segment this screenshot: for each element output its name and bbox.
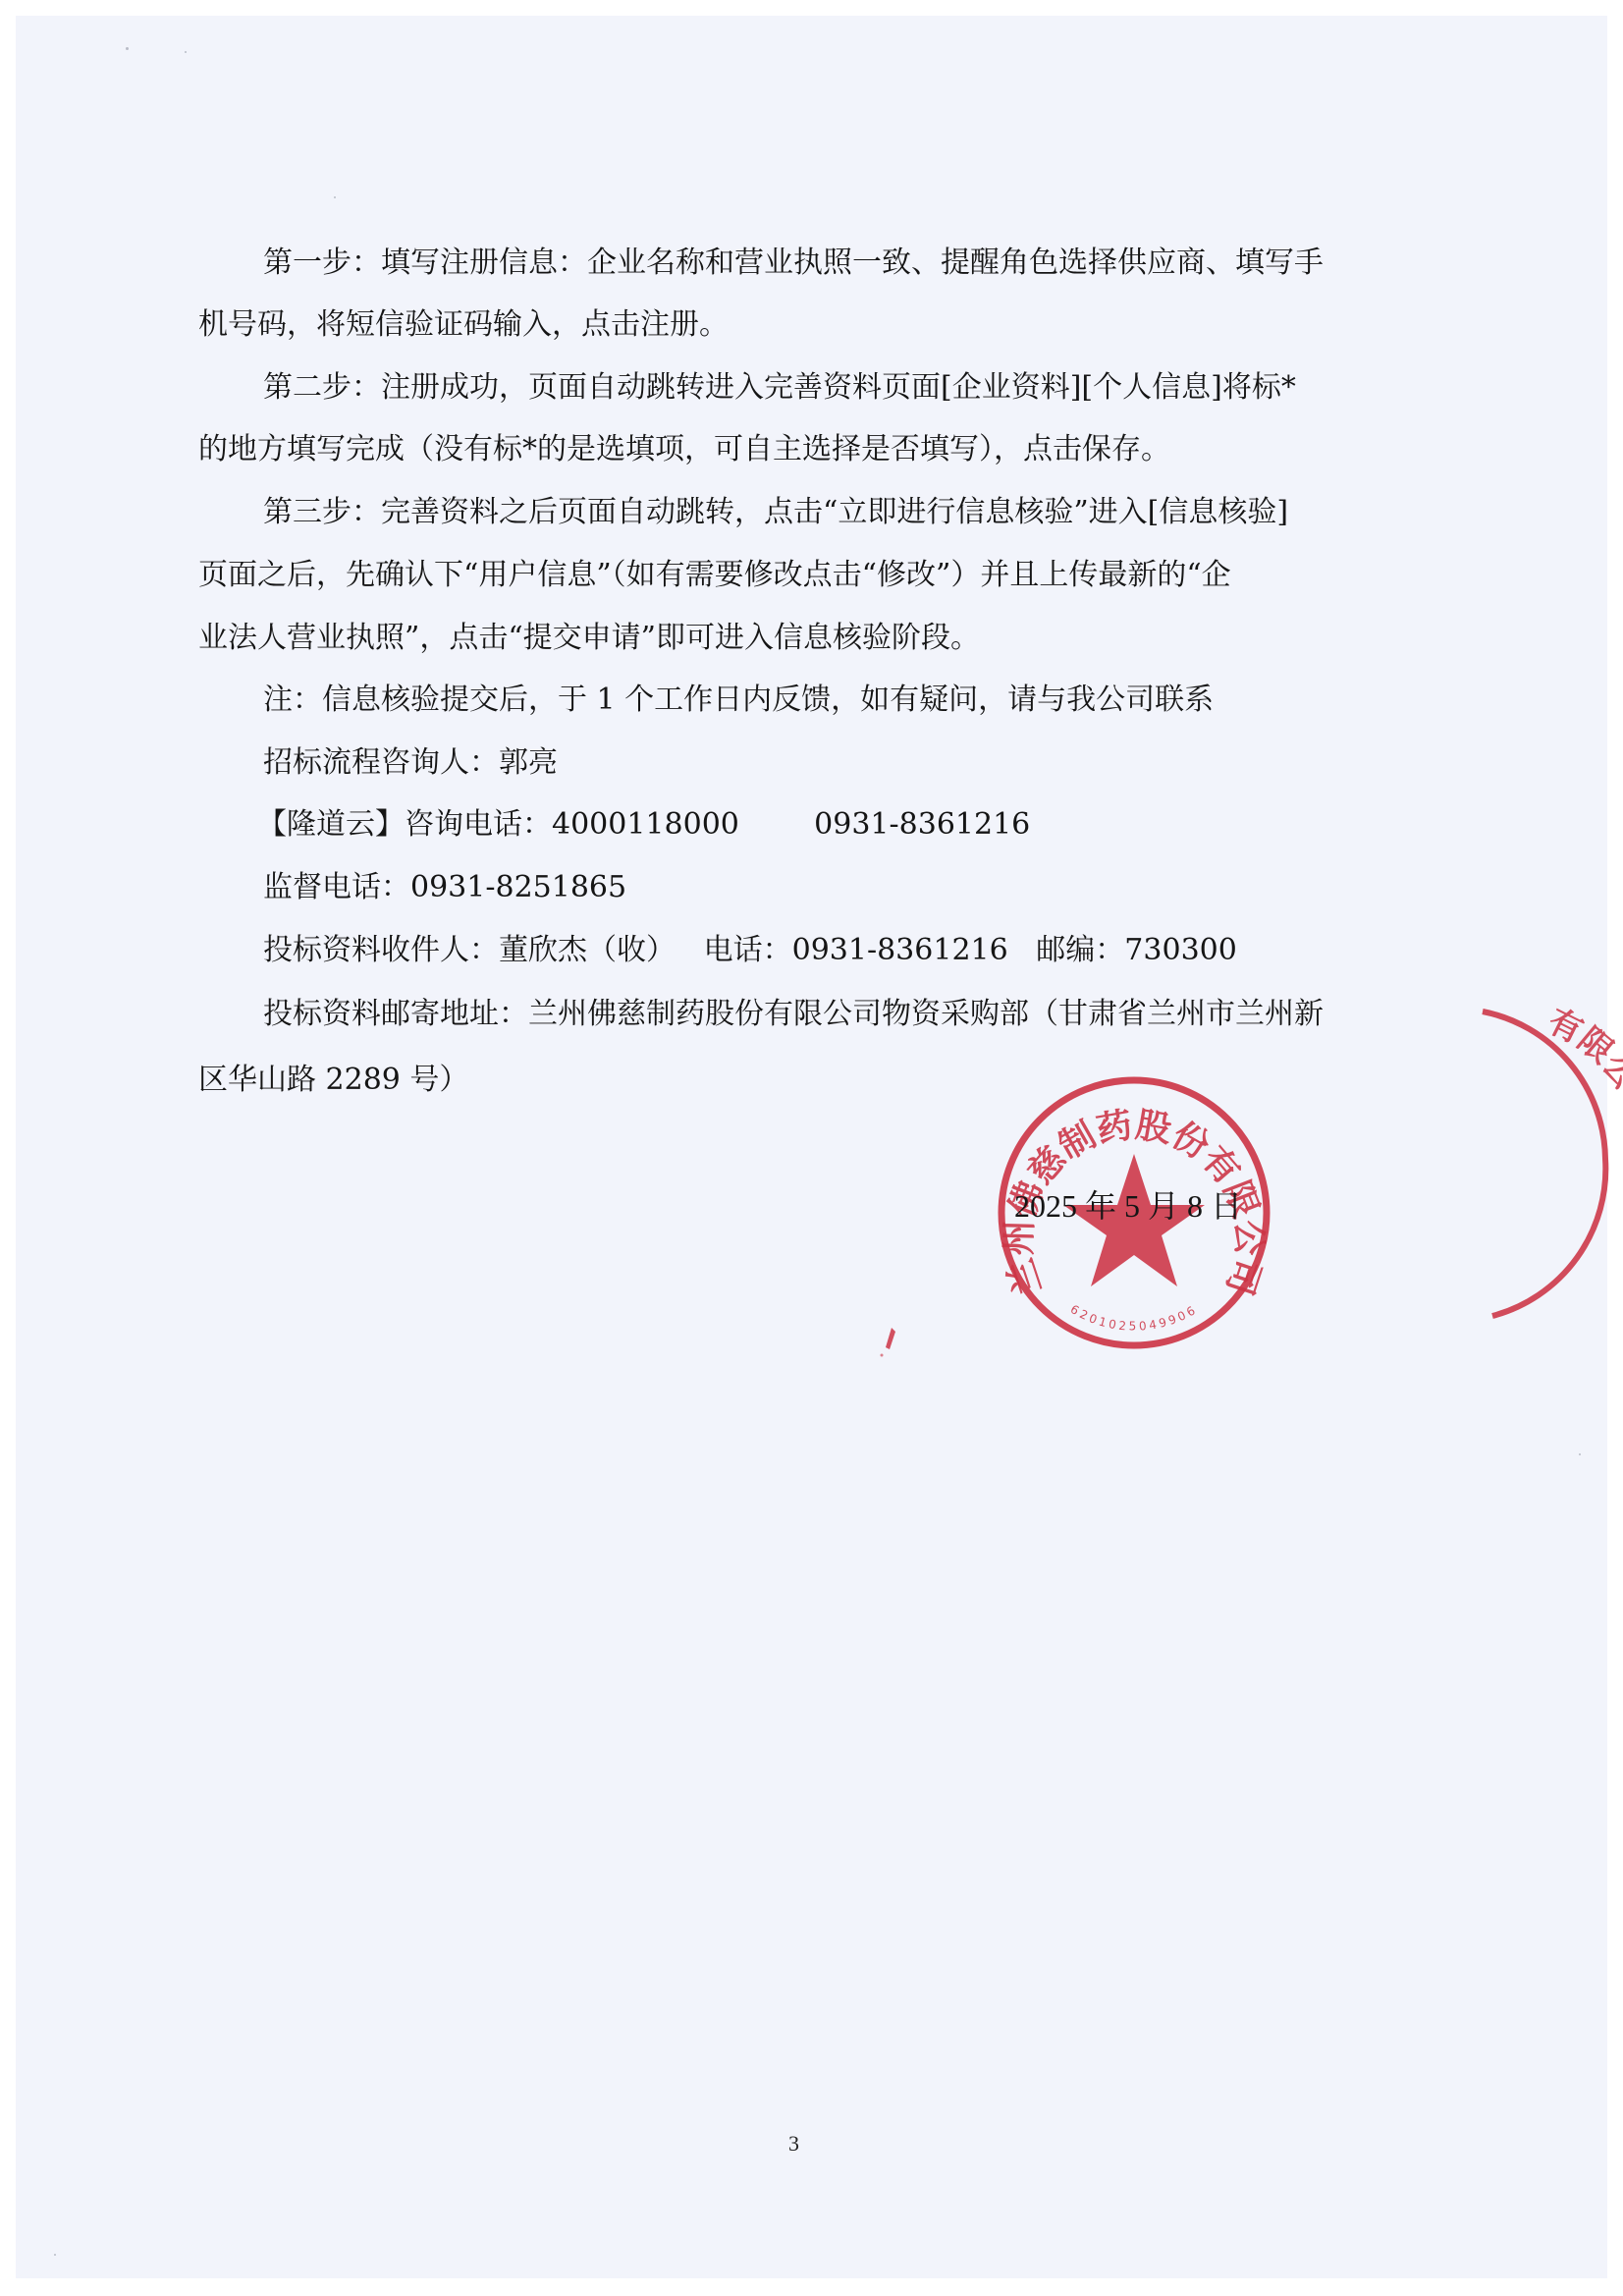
- scan-speck: [1579, 1453, 1581, 1455]
- document-page: [16, 16, 1607, 2278]
- supervision-line: 监督电话：0931-8251865: [263, 868, 626, 907]
- hotline-line: 【隆道云】咨询电话：4000118000 0931-8361216: [257, 805, 1030, 845]
- stamp-mark: [872, 1324, 901, 1363]
- step2-line2: 的地方填写完成（没有标*的是选填项，可自主选择是否填写），点击保存。: [198, 430, 1170, 469]
- step3-line2: 页面之后，先确认下“用户信息”（如有需要修改点击“修改”）并且上传最新的“企: [198, 556, 1231, 595]
- step2-line1: 第二步：注册成功，页面自动跳转进入完善资料页面[企业资料][个人信息]将标*: [263, 368, 1296, 408]
- seal-code: 6201025049906: [1068, 1302, 1201, 1334]
- signature-date: 2025 年 5 月 8 日: [1014, 1186, 1242, 1226]
- step1-line1: 第一步：填写注册信息：企业名称和营业执照一致、提醒角色选择供应商、填写手: [263, 244, 1324, 283]
- partial-seal: 有限公司: [1453, 1002, 1623, 1326]
- step3-line1: 第三步：完善资料之后页面自动跳转，点击“立即进行信息核验”进入[信息核验]: [263, 493, 1288, 532]
- address-line2: 区华山路 2289 号）: [198, 1061, 468, 1100]
- address-line1: 投标资料邮寄地址：兰州佛慈制药股份有限公司物资采购部（甘肃省兰州市兰州新: [263, 995, 1324, 1034]
- page-number: 3: [788, 2131, 799, 2157]
- scan-speck: [185, 51, 187, 53]
- step3-line3: 业法人营业执照”，点击“提交申请”即可进入信息核验阶段。: [198, 619, 980, 658]
- step1-line2: 机号码，将短信验证码输入，点击注册。: [198, 305, 729, 345]
- scan-speck: [126, 47, 129, 50]
- partial-seal-text: 有限公司: [1542, 1002, 1623, 1126]
- scan-speck: [54, 2254, 56, 2256]
- note-line: 注：信息核验提交后，于 1 个工作日内反馈，如有疑问，请与我公司联系: [263, 681, 1214, 720]
- consultant-line: 招标流程咨询人：郭亮: [263, 743, 558, 783]
- recipient-line: 投标资料收件人：董欣杰（收） 电话：0931-8361216 邮编：730300: [263, 931, 1237, 970]
- scan-speck: [334, 196, 336, 198]
